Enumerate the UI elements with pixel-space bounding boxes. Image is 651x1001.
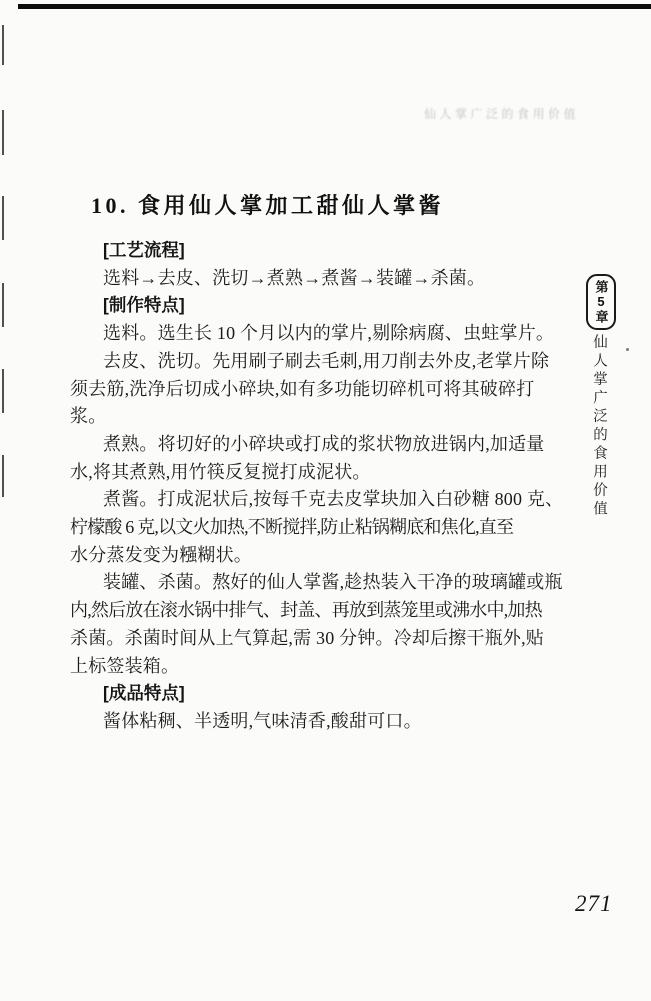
body-line: 煮酱。打成泥状后,按每千克去皮掌块加入白砂糖 800 克、 (70, 486, 570, 514)
running-header-ghost: 仙人掌广泛的食用价值 (424, 105, 594, 122)
article-title: 10. 食用仙人掌加工甜仙人掌酱 (91, 189, 444, 220)
scan-edge-dash (2, 25, 4, 65)
body-line: 上标签装箱。 (70, 653, 570, 681)
process-flow-line: 选料→去皮、洗切→煮熟→煮酱→装罐→杀菌。 (70, 265, 570, 293)
chapter-badge: 第5章 (586, 274, 616, 330)
section-heading-production-notes: [制作特点] (70, 292, 570, 320)
body-line: 须去筋,洗净后切成小碎块,如有多功能切碎机可将其破碎打 (70, 376, 570, 404)
body-line: 去皮、洗切。先用刷子刷去毛刺,用刀削去外皮,老掌片除 (70, 348, 570, 376)
body-line: 酱体粘稠、半透明,气味清香,酸甜可口。 (70, 708, 570, 736)
body-line: 煮熟。将切好的小碎块或打成的浆状物放进锅内,加适量 (70, 431, 570, 459)
body-line: 杀菌。杀菌时间从上气算起,需 30 分钟。冷却后擦干瓶外,贴 (70, 625, 570, 653)
body-line: 装罐、杀菌。熬好的仙人掌酱,趁热装入干净的玻璃罐或瓶 (70, 569, 570, 597)
page-number: 271 (575, 891, 613, 917)
chapter-title-vertical: 仙人掌广泛的食用价值 (589, 334, 610, 519)
body-line: 柠檬酸 6 克,以文火加热,不断搅拌,防止粘锅糊底和焦化,直至 (70, 514, 570, 542)
body-line: 水,将其煮熟,用竹筷反复搅打成泥状。 (70, 459, 570, 487)
body-line: 浆。 (70, 403, 570, 431)
scan-edge-dash (2, 283, 4, 327)
scan-speckle (626, 348, 629, 351)
scan-edge-dash (2, 455, 4, 497)
section-heading-product-features: [成品特点] (70, 680, 570, 708)
body-text-block: [工艺流程] 选料→去皮、洗切→煮熟→煮酱→装罐→杀菌。 [制作特点] 选料。选… (70, 237, 570, 736)
page-top-rule (18, 4, 651, 9)
body-line: 选料。选生长 10 个月以内的掌片,剔除病腐、虫蛀掌片。 (70, 320, 570, 348)
scan-edge-dash (2, 196, 4, 240)
body-line: 水分蒸发变为糨糊状。 (70, 542, 570, 570)
scanned-book-page: 仙人掌广泛的食用价值 10. 食用仙人掌加工甜仙人掌酱 [工艺流程] 选料→去皮… (0, 0, 651, 1001)
body-line: 内,然后放在滚水锅中排气、封盖、再放到蒸笼里或沸水中,加热 (70, 597, 570, 625)
scan-edge-dash (2, 110, 4, 155)
section-heading-process-flow: [工艺流程] (70, 237, 570, 265)
scan-edge-dash (2, 369, 4, 413)
